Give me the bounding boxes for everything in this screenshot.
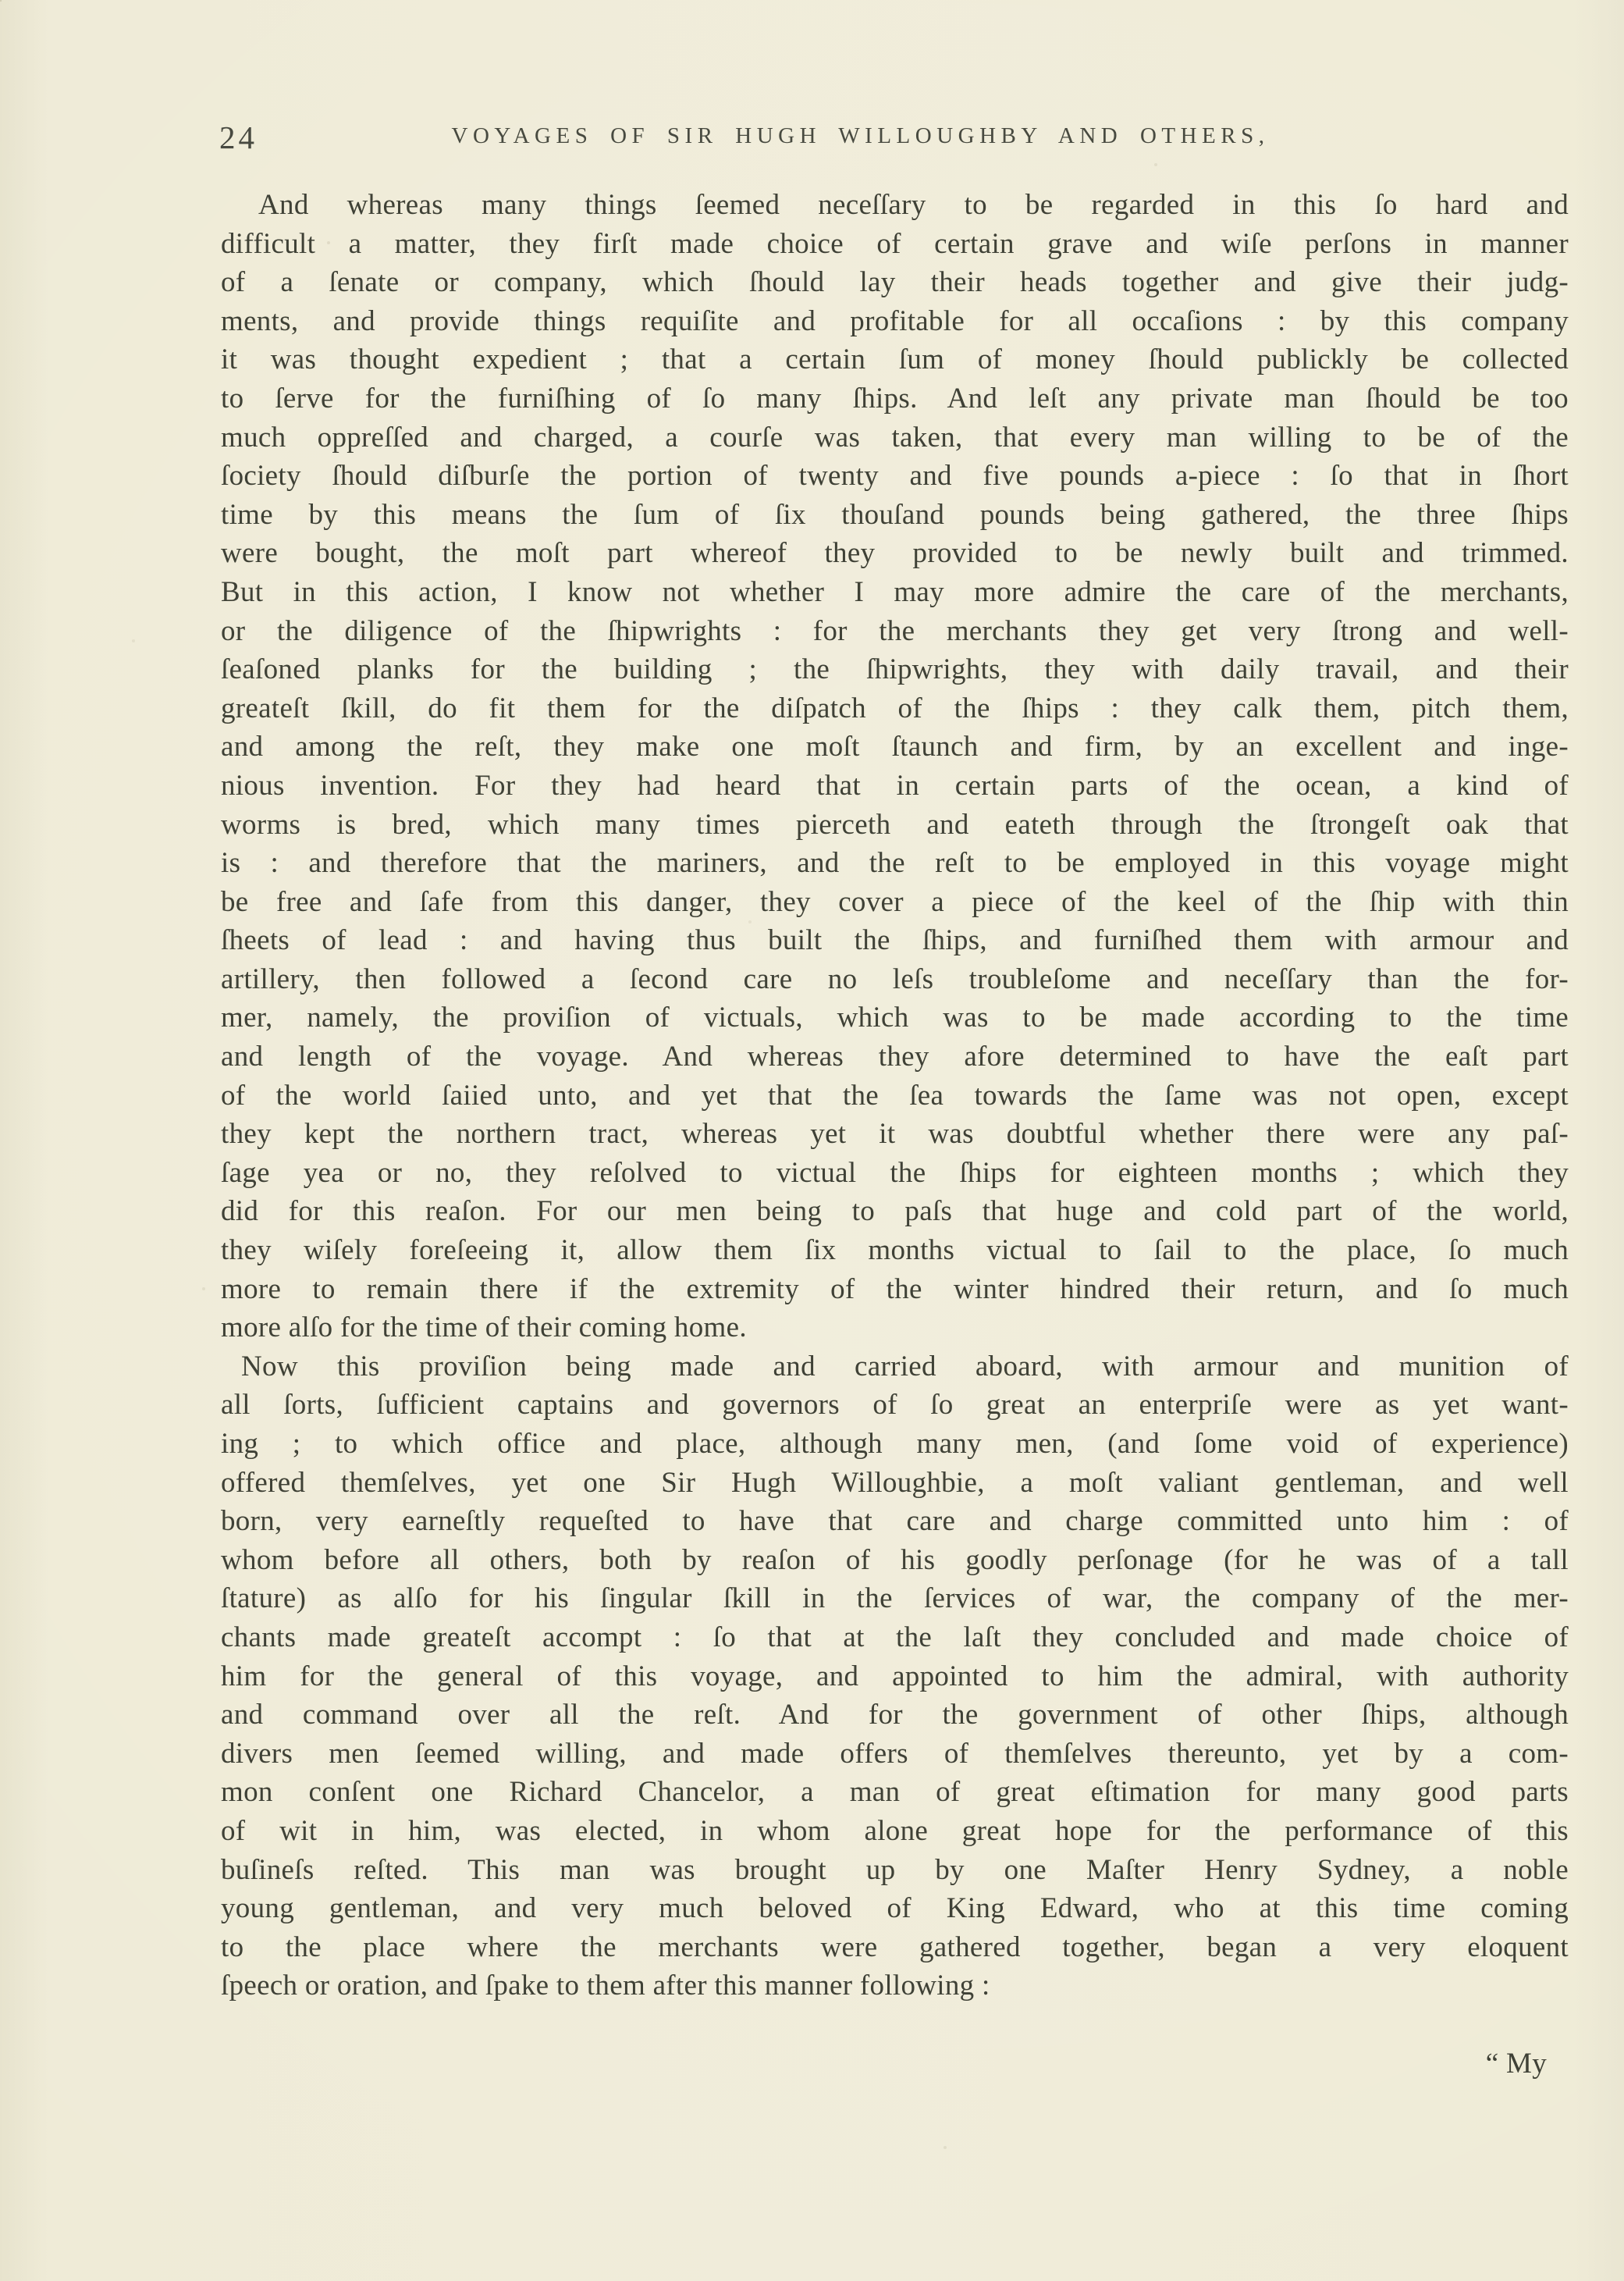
text-line: ſociety ſhould diſburſe the portion of t… (221, 457, 1569, 496)
text-line: And whereas many things ſeemed neceſſary… (221, 186, 1569, 225)
text-line: mer, namely, the proviſion of victuals, … (221, 998, 1569, 1037)
text-line: much oppreſſed and charged, a courſe was… (221, 418, 1569, 457)
text-line: ſtature) as alſo for his ſingular ſkill … (221, 1579, 1569, 1618)
text-line: more alſo for the time of their coming h… (221, 1308, 1569, 1347)
page-body: And whereas many things ſeemed neceſſary… (221, 186, 1569, 2083)
text-line: were bought, the moſt part whereof they … (221, 534, 1569, 573)
text-line: and among the reſt, they make one moſt ſ… (221, 728, 1569, 767)
text-line: offered themſelves, yet one Sir Hugh Wil… (221, 1464, 1569, 1503)
page-header: 24 VOYAGES OF SIR HUGH WILLOUGHBY AND OT… (0, 0, 1624, 180)
text-line: worms is bred, which many times pierceth… (221, 806, 1569, 845)
text-line: born, very earneſtly requeſted to have t… (221, 1502, 1569, 1541)
text-line: artillery, then followed a ſecond care n… (221, 960, 1569, 999)
book-page: 24 VOYAGES OF SIR HUGH WILLOUGHBY AND OT… (0, 0, 1624, 2281)
text-line: Now this proviſion being made and carrie… (221, 1347, 1569, 1386)
text-line: of the world ſaiied unto, and yet that t… (221, 1076, 1569, 1116)
text-line: and length of the voyage. And whereas th… (221, 1037, 1569, 1076)
paragraph-2: Now this proviſion being made and carrie… (221, 1347, 1569, 2005)
text-line: be free and ſafe from this danger, they … (221, 883, 1569, 922)
text-line: and command over all the reſt. And for t… (221, 1696, 1569, 1735)
text-line: time by this means the ſum of ſix thouſa… (221, 496, 1569, 535)
text-line: all ſorts, ſufficient captains and gover… (221, 1386, 1569, 1425)
text-line: him for the general of this voyage, and … (221, 1657, 1569, 1696)
text-line: young gentleman, and very much beloved o… (221, 1889, 1569, 1928)
text-line: whom before all others, both by reaſon o… (221, 1541, 1569, 1580)
text-line: of a ſenate or company, which ſhould lay… (221, 263, 1569, 302)
running-title: VOYAGES OF SIR HUGH WILLOUGHBY AND OTHER… (97, 123, 1624, 149)
text-line: ſeaſoned planks for the building ; the ſ… (221, 650, 1569, 689)
text-line: ſpeech or oration, and ſpake to them aft… (221, 1966, 1569, 2005)
text-line: difficult a matter, they firſt made choi… (221, 225, 1569, 264)
text-line: nious invention. For they had heard that… (221, 767, 1569, 806)
text-line: of wit in him, was elected, in whom alon… (221, 1812, 1569, 1851)
paragraph-1: And whereas many things ſeemed neceſſary… (221, 186, 1569, 1347)
text-line: ſheets of lead : and having thus built t… (221, 921, 1569, 960)
text-line: to the place where the merchants were ga… (221, 1928, 1569, 1967)
text-line: they kept the northern tract, whereas ye… (221, 1115, 1569, 1154)
text-line: or the diligence of the ſhipwrights : fo… (221, 612, 1569, 651)
text-line: buſineſs reſted. This man was brought up… (221, 1851, 1569, 1890)
text-line: ing ; to which office and place, althoug… (221, 1425, 1569, 1464)
text-line: ments, and provide things requiſite and … (221, 302, 1569, 341)
text-line: more to remain there if the extremity of… (221, 1270, 1569, 1309)
text-line: they wiſely foreſeeing it, allow them ſi… (221, 1231, 1569, 1270)
text-line: mon conſent one Richard Chancelor, a man… (221, 1773, 1569, 1812)
text-line: divers men ſeemed willing, and made offe… (221, 1735, 1569, 1774)
text-line: But in this action, I know not whether I… (221, 573, 1569, 612)
catchword: “ My (221, 2044, 1569, 2084)
text-line: ſage yea or no, they reſolved to victual… (221, 1154, 1569, 1193)
text-line: to ſerve for the furniſhing of ſo many ſ… (221, 379, 1569, 418)
text-line: it was thought expedient ; that a certai… (221, 340, 1569, 379)
text-line: is : and therefore that the mariners, an… (221, 844, 1569, 883)
text-line: greateſt ſkill, do fit them for the diſp… (221, 689, 1569, 728)
text-line: chants made greateſt accompt : ſo that a… (221, 1618, 1569, 1657)
text-line: did for this reaſon. For our men being t… (221, 1192, 1569, 1231)
